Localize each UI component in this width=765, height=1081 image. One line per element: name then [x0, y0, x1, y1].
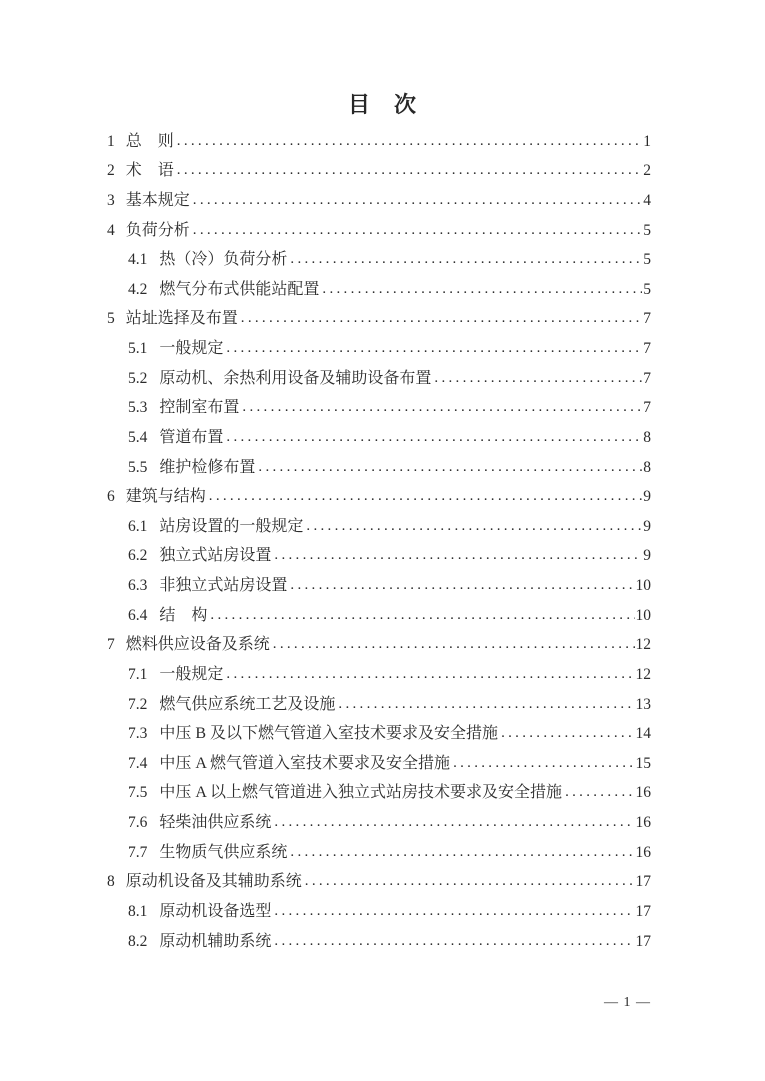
dot-leader: ........................................…: [210, 605, 634, 626]
toc-entry[interactable]: 7.6轻柴油供应系统..............................…: [107, 803, 651, 833]
toc-entry-title: 一般规定: [159, 664, 223, 685]
toc-entry-title: 燃气分布式供能站配置: [159, 279, 319, 300]
toc-entry-title: 中压 A 燃气管道入室技术要求及安全措施: [159, 753, 450, 774]
toc-entry-title: 原动机设备选型: [159, 901, 271, 922]
toc-entry-title: 维护检修布置: [159, 457, 255, 478]
toc-entry-number: 5.2: [128, 368, 147, 389]
toc-entry-title: 站址选择及布置: [126, 308, 238, 329]
toc-entry[interactable]: 7.5中压 A 以上燃气管道进入独立式站房技术要求及安全措施..........…: [107, 774, 651, 804]
dot-leader: ........................................…: [274, 545, 642, 566]
toc-entry[interactable]: 7.4中压 A 燃气管道入室技术要求及安全措施.................…: [107, 744, 651, 774]
toc-entry-page-number: 9: [643, 545, 651, 566]
dot-leader: ........................................…: [501, 723, 634, 744]
toc-entry-title: 原动机辅助系统: [159, 931, 271, 952]
toc-entry[interactable]: 6.2独立式站房设置..............................…: [107, 537, 651, 567]
toc-entry[interactable]: 5.1一般规定.................................…: [107, 329, 651, 359]
dot-leader: ........................................…: [290, 575, 634, 596]
dot-leader: ........................................…: [338, 694, 634, 715]
toc-entry-title: 基本规定: [126, 190, 190, 211]
dot-leader: ........................................…: [193, 190, 642, 211]
toc-entry[interactable]: 5.3控制室布置................................…: [107, 389, 651, 419]
document-page: 目 次 1总 则................................…: [0, 0, 765, 1081]
toc-entry[interactable]: 5站址选择及布置................................…: [107, 300, 651, 330]
toc-entry-number: 7.3: [128, 723, 147, 744]
toc-entry-title: 站房设置的一般规定: [159, 516, 303, 537]
dot-leader: ........................................…: [177, 131, 642, 152]
toc-list: 1总 则....................................…: [107, 122, 651, 952]
toc-entry-number: 6.2: [128, 545, 147, 566]
toc-entry-title: 燃气供应系统工艺及设施: [159, 694, 335, 715]
toc-entry-page-number: 17: [636, 901, 652, 922]
toc-entry[interactable]: 7.7生物质气供应系统.............................…: [107, 833, 651, 863]
toc-entry[interactable]: 8.2原动机辅助系统..............................…: [107, 922, 651, 952]
dot-leader: ........................................…: [226, 338, 642, 359]
toc-entry-title: 管道布置: [159, 427, 223, 448]
toc-entry-number: 3: [107, 190, 115, 211]
toc-entry[interactable]: 4.1热（冷）负荷分析.............................…: [107, 241, 651, 271]
toc-entry-page-number: 9: [643, 516, 651, 537]
toc-entry[interactable]: 7.1一般规定.................................…: [107, 655, 651, 685]
dot-leader: ........................................…: [274, 931, 634, 952]
toc-entry-page-number: 12: [636, 634, 652, 655]
toc-entry[interactable]: 5.4管道布置.................................…: [107, 418, 651, 448]
toc-entry-title: 生物质气供应系统: [159, 842, 287, 863]
toc-entry[interactable]: 7燃料供应设备及系统..............................…: [107, 626, 651, 656]
dot-leader: ........................................…: [226, 664, 634, 685]
toc-entry-page-number: 7: [643, 397, 651, 418]
toc-entry-page-number: 7: [643, 338, 651, 359]
toc-entry[interactable]: 5.2原动机、余热利用设备及辅助设备布置....................…: [107, 359, 651, 389]
toc-entry-title: 建筑与结构: [126, 486, 206, 507]
toc-entry[interactable]: 6.4结 构..................................…: [107, 596, 651, 626]
toc-entry-page-number: 17: [636, 931, 652, 952]
toc-entry-number: 7.4: [128, 753, 147, 774]
toc-entry-number: 5: [107, 308, 115, 329]
toc-entry-title: 控制室布置: [159, 397, 239, 418]
toc-entry-number: 5.4: [128, 427, 147, 448]
toc-entry-page-number: 16: [636, 812, 652, 833]
toc-entry-number: 7.6: [128, 812, 147, 833]
toc-entry-title: 独立式站房设置: [159, 545, 271, 566]
toc-entry[interactable]: 2术 语....................................…: [107, 152, 651, 182]
toc-entry[interactable]: 1总 则....................................…: [107, 122, 651, 152]
toc-entry-page-number: 12: [636, 664, 652, 685]
toc-entry-number: 6.1: [128, 516, 147, 537]
toc-entry[interactable]: 8.1原动机设备选型..............................…: [107, 892, 651, 922]
toc-entry-title: 一般规定: [159, 338, 223, 359]
toc-entry-page-number: 14: [636, 723, 652, 744]
toc-entry-number: 4: [107, 220, 115, 241]
toc-entry-page-number: 5: [643, 249, 651, 270]
toc-entry-number: 5.3: [128, 397, 147, 418]
toc-entry-page-number: 8: [643, 427, 651, 448]
dot-leader: ........................................…: [274, 812, 634, 833]
toc-entry-number: 5.1: [128, 338, 147, 359]
dot-leader: ........................................…: [241, 308, 642, 329]
toc-entry-page-number: 8: [643, 457, 651, 478]
toc-entry-page-number: 10: [636, 575, 652, 596]
dot-leader: ........................................…: [274, 901, 634, 922]
toc-entry[interactable]: 4负荷分析...................................…: [107, 211, 651, 241]
toc-entry[interactable]: 4.2燃气分布式供能站配置...........................…: [107, 270, 651, 300]
toc-entry-title: 中压 B 及以下燃气管道入室技术要求及安全措施: [159, 723, 498, 744]
toc-entry-page-number: 13: [636, 694, 652, 715]
toc-entry-number: 7.7: [128, 842, 147, 863]
toc-entry-number: 4.2: [128, 279, 147, 300]
toc-entry-number: 4.1: [128, 249, 147, 270]
page-title: 目 次: [0, 92, 765, 118]
toc-entry[interactable]: 6.1站房设置的一般规定............................…: [107, 507, 651, 537]
toc-entry-number: 8.2: [128, 931, 147, 952]
toc-entry-page-number: 15: [636, 753, 652, 774]
toc-entry[interactable]: 7.2燃气供应系统工艺及设施..........................…: [107, 685, 651, 715]
toc-entry-page-number: 5: [643, 220, 651, 241]
toc-entry-page-number: 1: [643, 131, 651, 152]
dot-leader: ........................................…: [305, 871, 635, 892]
dot-leader: ........................................…: [209, 486, 642, 507]
dot-leader: ........................................…: [322, 279, 642, 300]
toc-entry-number: 5.5: [128, 457, 147, 478]
toc-entry-title: 总 则: [126, 131, 174, 152]
toc-entry-page-number: 16: [636, 842, 652, 863]
toc-entry-title: 热（冷）负荷分析: [159, 249, 287, 270]
toc-entry-number: 8.1: [128, 901, 147, 922]
dot-leader: ........................................…: [306, 516, 642, 537]
toc-entry-title: 术 语: [126, 160, 174, 181]
toc-entry-title: 原动机设备及其辅助系统: [126, 871, 302, 892]
dot-leader: ........................................…: [565, 782, 634, 803]
toc-entry-title: 原动机、余热利用设备及辅助设备布置: [159, 368, 431, 389]
dot-leader: ........................................…: [193, 220, 642, 241]
dot-leader: ........................................…: [242, 397, 642, 418]
dot-leader: ........................................…: [177, 160, 642, 181]
toc-entry-page-number: 7: [643, 368, 651, 389]
toc-entry-title: 中压 A 以上燃气管道进入独立式站房技术要求及安全措施: [159, 782, 562, 803]
toc-entry[interactable]: 5.5维护检修布置...............................…: [107, 448, 651, 478]
toc-entry[interactable]: 6.3非独立式站房设置.............................…: [107, 566, 651, 596]
toc-entry-page-number: 4: [643, 190, 651, 211]
toc-entry-page-number: 17: [636, 871, 652, 892]
toc-entry-page-number: 2: [643, 160, 651, 181]
toc-entry-title: 燃料供应设备及系统: [126, 634, 270, 655]
toc-entry-number: 2: [107, 160, 115, 181]
dot-leader: ........................................…: [453, 753, 634, 774]
page-number-footer: — 1 —: [604, 994, 651, 1012]
dot-leader: ........................................…: [290, 842, 634, 863]
toc-entry-title: 非独立式站房设置: [159, 575, 287, 596]
toc-entry-title: 负荷分析: [126, 220, 190, 241]
toc-entry-page-number: 9: [643, 486, 651, 507]
toc-entry-number: 8: [107, 871, 115, 892]
toc-entry[interactable]: 3基本规定...................................…: [107, 181, 651, 211]
dot-leader: ........................................…: [273, 634, 635, 655]
toc-entry-page-number: 5: [643, 279, 651, 300]
toc-entry[interactable]: 8原动机设备及其辅助系统............................…: [107, 863, 651, 893]
toc-entry-number: 6: [107, 486, 115, 507]
toc-entry-number: 7.1: [128, 664, 147, 685]
toc-entry[interactable]: 7.3中压 B 及以下燃气管道入室技术要求及安全措施..............…: [107, 715, 651, 745]
toc-entry-number: 7.2: [128, 694, 147, 715]
toc-entry[interactable]: 6建筑与结构..................................…: [107, 478, 651, 508]
dot-leader: ........................................…: [434, 368, 642, 389]
toc-entry-number: 7: [107, 634, 115, 655]
toc-entry-number: 6.4: [128, 605, 147, 626]
toc-entry-title: 结 构: [159, 605, 207, 626]
dot-leader: ........................................…: [290, 249, 642, 270]
toc-entry-page-number: 10: [636, 605, 652, 626]
toc-entry-page-number: 7: [643, 308, 651, 329]
dot-leader: ........................................…: [258, 457, 642, 478]
dot-leader: ........................................…: [226, 427, 642, 448]
toc-entry-number: 1: [107, 131, 115, 152]
toc-entry-number: 6.3: [128, 575, 147, 596]
toc-entry-page-number: 16: [636, 782, 652, 803]
toc-entry-number: 7.5: [128, 782, 147, 803]
toc-entry-title: 轻柴油供应系统: [159, 812, 271, 833]
